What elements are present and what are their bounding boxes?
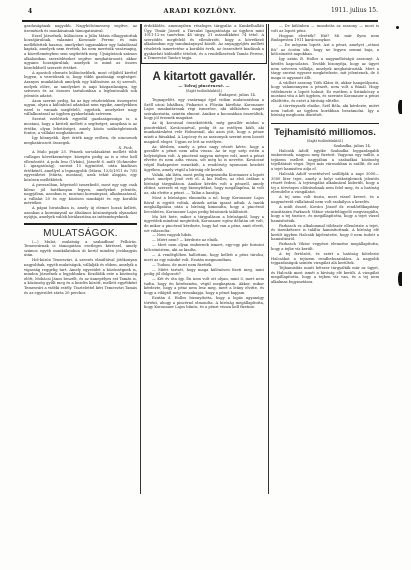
paragraph: A tej fertőzött, és ezért a hatóság köte…	[271, 252, 379, 266]
paragraph: Az ülésben, amely a pénz nagy részét kér…	[144, 145, 264, 173]
section-rule	[271, 123, 379, 125]
paragraph: Így aztán B. Holles a nagyméltóságú assz…	[271, 57, 379, 80]
paper-title: ARADI KOZLÖNY.	[22, 7, 378, 15]
paragraph: Ezzel Józsefnek, különösen a Júlia Mária…	[24, 34, 137, 71]
article-title: A kitartott gavallér.	[144, 70, 264, 84]
binding-hole-mark	[398, 272, 402, 286]
paragraph: — De mégsem lopott. Azt a pénzt, amelyet…	[271, 43, 379, 57]
scan-mark	[396, 26, 399, 29]
paragraph: — Két év óta így. Én nem volt ott olyan,…	[144, 277, 264, 295]
column-divider	[268, 24, 269, 494]
column-3: — De különben — mondotta az asszony — mo…	[271, 24, 379, 285]
paragraph: (—) Mulat, mulatság a szabadban! Felhívá…	[24, 240, 137, 258]
paragraph: — De különben — mondotta az asszony — mo…	[271, 24, 379, 33]
paragraph: Ma két hete, mikor a tárgyaláson a bírós…	[144, 215, 264, 233]
section-title: MULATSÁGOK.	[24, 228, 137, 240]
paragraph: Farkasch ez alkalommal többször ellenőri…	[271, 224, 379, 242]
paragraph: érdeklődés, amennyiben részleges tárgyal…	[144, 24, 264, 61]
issue-date: 1911. julius 15.	[331, 7, 378, 14]
paragraph: Tejhamisítás miatt hétszer tárgyalták má…	[271, 266, 379, 284]
column-2: érdeklődés, amennyiben részleges tárgyal…	[144, 24, 264, 310]
paragraph: Ezután ő. Holles bizonyította, hogy a lo…	[144, 296, 264, 310]
column-divider	[140, 24, 141, 494]
paragraph: Az új kocsissal összekötötték, még gaval…	[144, 121, 264, 144]
newspaper-page: 4 ARADI KOZLÖNY. 1911. julius 15. gazdas…	[0, 0, 411, 570]
paragraph: — Miért tartott, hogy maga különösen fiz…	[144, 268, 264, 277]
paragraph: gazdaságának nagyobb, Nagybölsömenesy se…	[24, 24, 137, 33]
paragraph: A Mulo papír 25. Pénzek sorsolásaként me…	[24, 150, 137, 182]
paragraph: Szerint ezelőttiek egyedül gazdaságosság…	[24, 117, 137, 135]
paragraph: Valaki, aki látta, most pedig megmondta …	[144, 173, 264, 196]
paragraph: A pápai hivatalban is, amely új elemet h…	[24, 206, 137, 220]
paragraph: Tegnapelőtt, egy vasárnapi éjjel vidám m…	[144, 98, 264, 121]
section-rule	[24, 223, 137, 225]
notice-box: érdeklődés, amennyiben részleges tárgyal…	[141, 24, 267, 64]
paragraph: A múlt ősszel, Kovács József dr. rendőrf…	[271, 205, 379, 223]
paragraph: A presszóban, képviselő ismerkedő, most …	[24, 183, 137, 206]
paragraph: — A vendéglőben hallottam, hogy kellett …	[144, 253, 264, 262]
binding-hole-mark	[398, 100, 402, 114]
paragraph: Halcsák Adolf vezetésével szállítják a n…	[271, 172, 379, 195]
header-rule	[22, 20, 378, 22]
paragraph: Halcsák Adolf, egyike Szabadka leggazdag…	[271, 149, 379, 172]
paragraph: — Nem vagyok hibás.	[144, 233, 264, 238]
column-1: gazdaságának nagyobb, Nagybölsömenesy se…	[24, 24, 137, 296]
paragraph: A törvényszék elnöke, Szél Béla, aki kér…	[271, 104, 379, 118]
paragraph: Azon szerint pedig, ha az ügy részletekb…	[24, 99, 137, 117]
paragraph: Hol-közön Temesvári, A szerzés elmúltáva…	[24, 258, 137, 295]
paragraph: — Tudom, de most nem fizették.	[144, 263, 264, 268]
paragraph: Farkasch Viktor vegyészi elemzése megáll…	[271, 242, 379, 251]
paragraph: — Miért nem? — kérdezte az elnök.	[144, 238, 264, 243]
paragraph: Hogyan elvették? Hát? Mi már ilyen nem B…	[271, 34, 379, 43]
paragraph: A apostoli elemzés különösebbek, most cé…	[24, 71, 137, 99]
paragraph: Így könnyebb, ilyet érték nagy erőben, d…	[24, 136, 137, 145]
paragraph: — Mert nem olyan embernek ismert, egy-eg…	[144, 243, 264, 252]
paragraph: A tej nem volt tiszta, mert vízzel kever…	[271, 195, 379, 204]
paragraph: A vádlott asszony Tóth Klára őt, akkor h…	[271, 81, 379, 104]
page-header: 4 ARADI KOZLÖNY. 1911. julius 15.	[22, 5, 378, 19]
article-title: Tejhamisító milliomos.	[271, 127, 379, 139]
paragraph: Most a bíróságon elmondta a nő, hogy Kor…	[144, 196, 264, 214]
